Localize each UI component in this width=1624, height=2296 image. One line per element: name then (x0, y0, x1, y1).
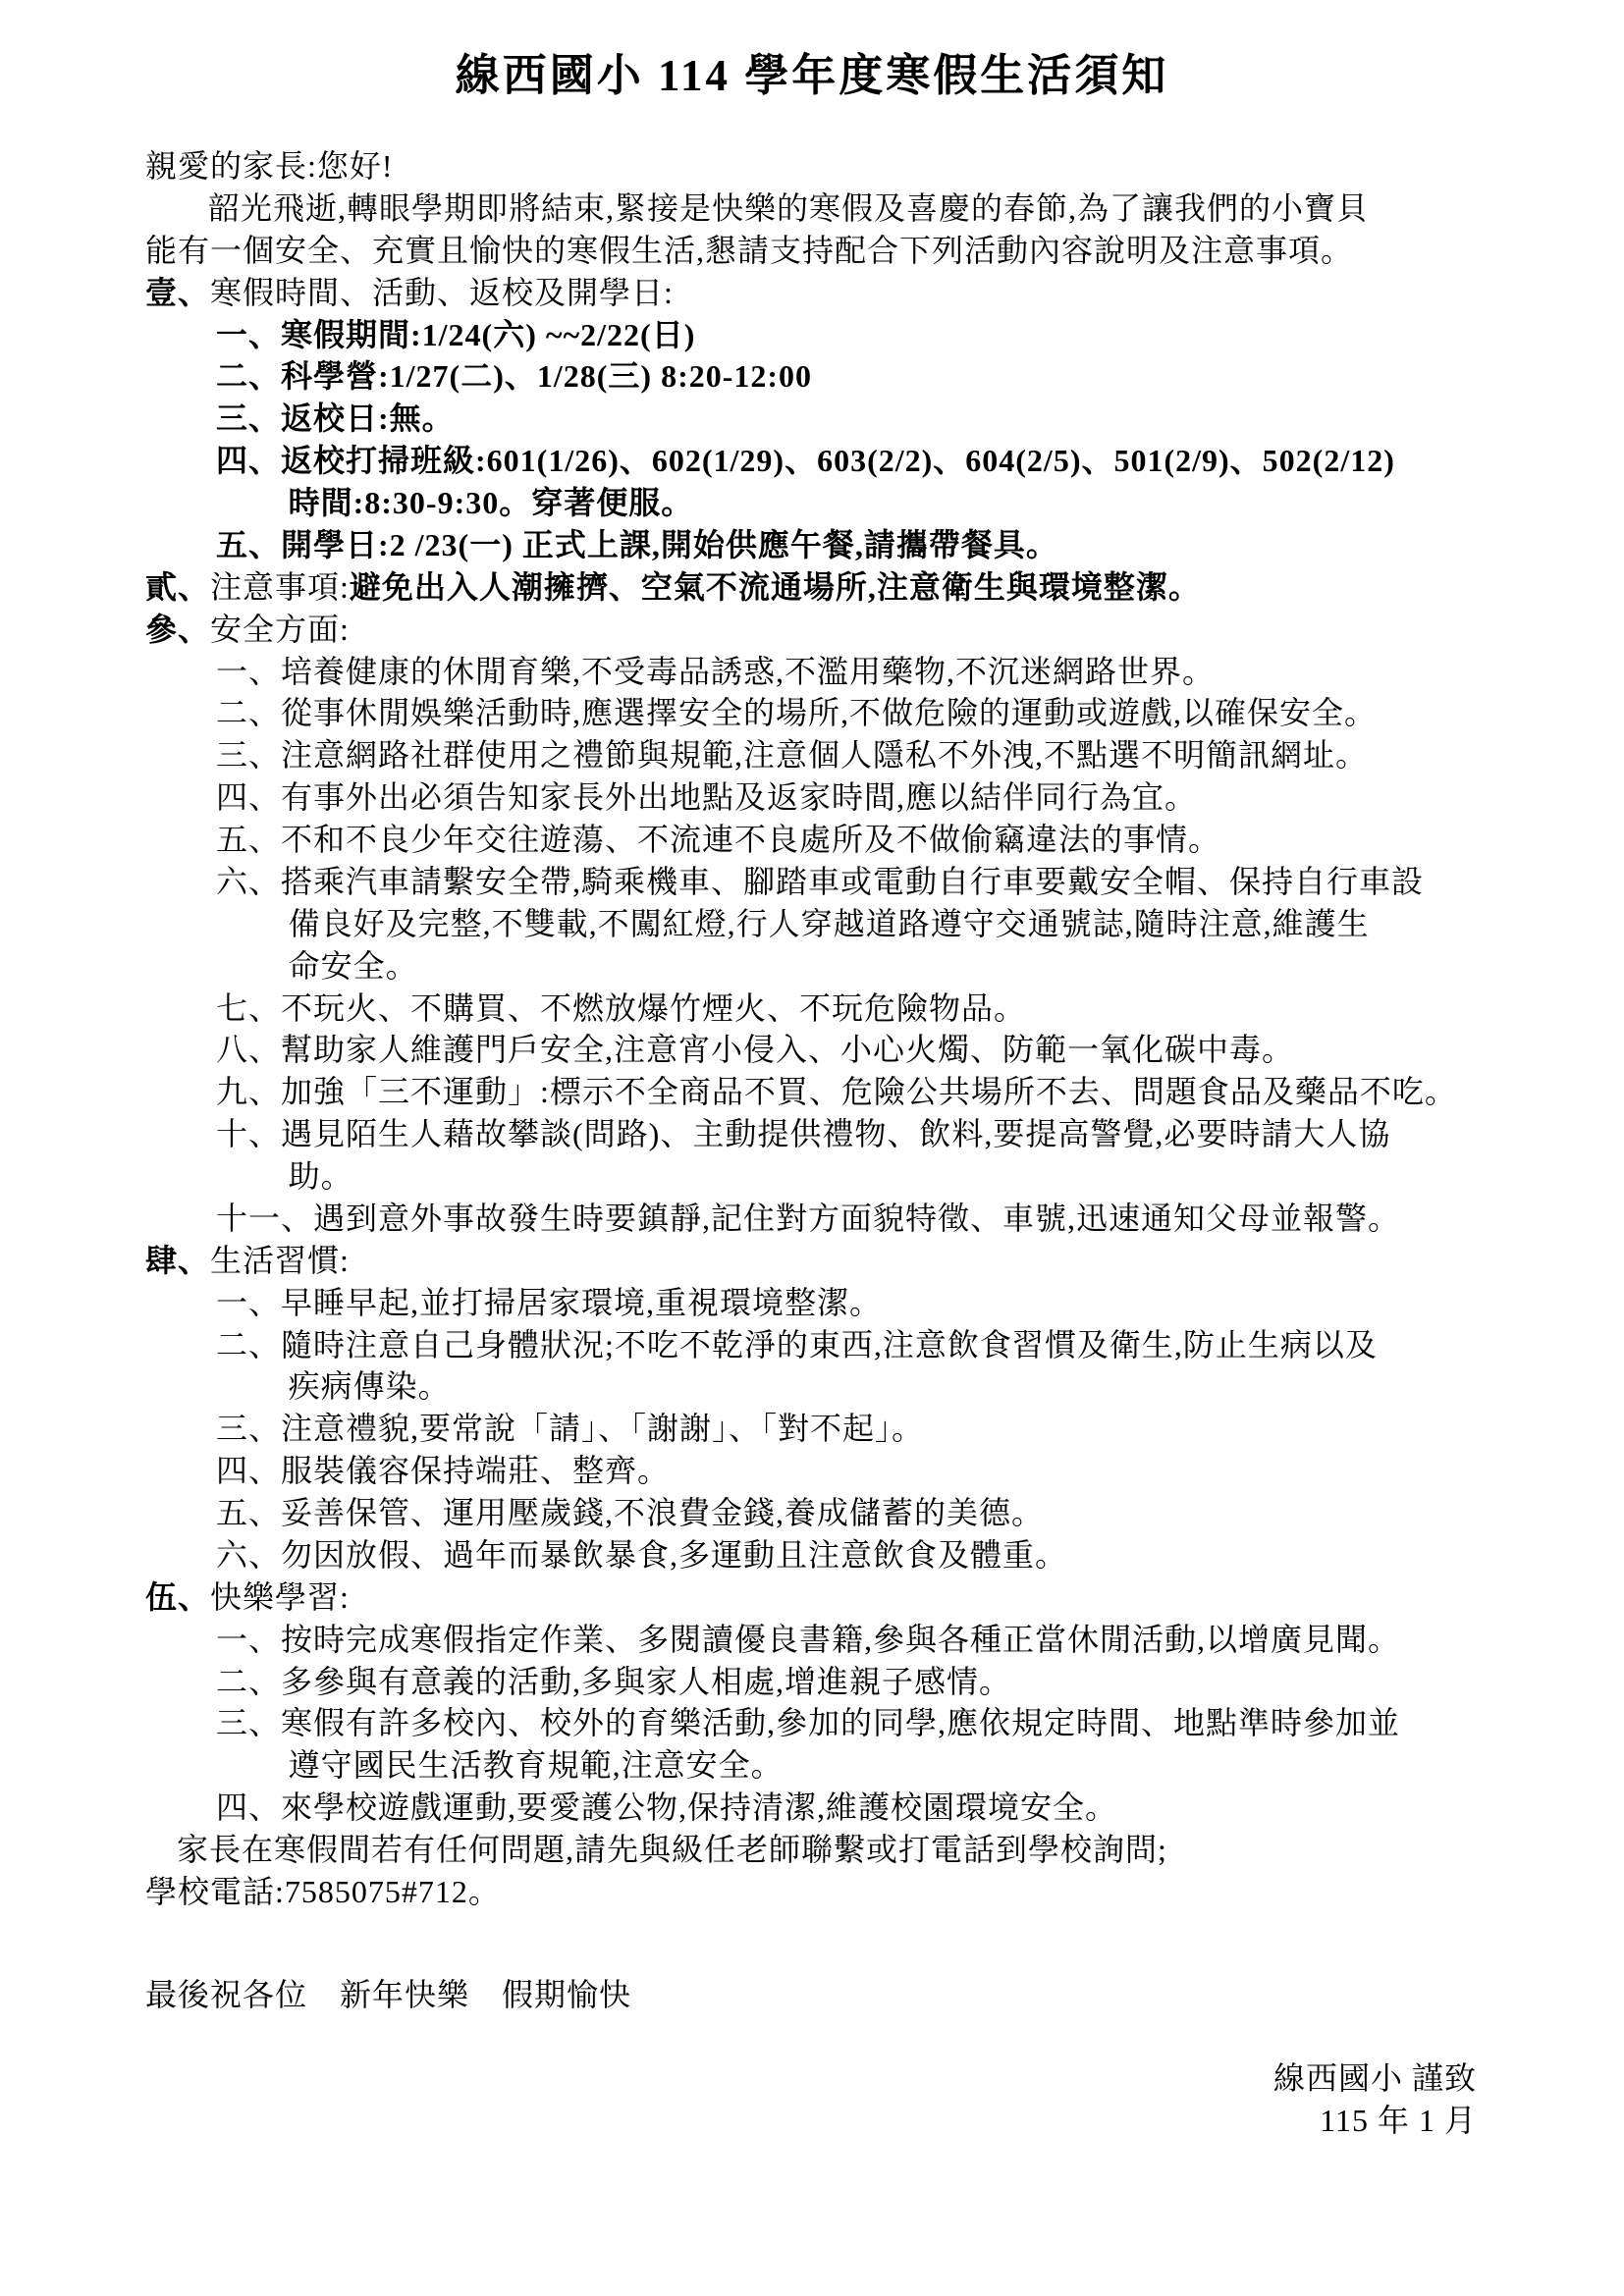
list-item: 十一、遇到意外事故發生時要鎮靜,記住對方面貌特徵、車號,迅速通知父母並報警。 (216, 1198, 1538, 1240)
farewell-line: 最後祝各位 新年快樂 假期愉快 (145, 1974, 1538, 2016)
list-item: 二、多參與有意義的活動,多與家人相處,增進親子感情。 (216, 1661, 1538, 1703)
list-item: 五、不和不良少年交往遊蕩、不流連不良處所及不做偷竊違法的事情。 (216, 819, 1538, 861)
signature-block: 線西國小 謹致 115 年 1 月 (145, 2057, 1538, 2142)
list-item: 一、寒假期間:1/24(六) ~~2/22(日) (216, 314, 1538, 356)
list-item: 四、返校打掃班級:601(1/26)、602(1/29)、603(2/2)、60… (216, 440, 1538, 524)
list-item: 十、遇見陌生人藉故攀談(問路)、主動提供禮物、飲料,要提高警覺,必要時請大人協 … (216, 1113, 1538, 1198)
section-safety: 參、安全方面: 一、培養健康的休閒育樂,不受毒品誘惑,不濫用藥物,不沉迷網路世界… (145, 609, 1538, 1240)
list-item: 四、服裝儀容保持端莊、整齊。 (216, 1450, 1538, 1492)
section-title: 生活習慣: (210, 1243, 350, 1278)
section-label: 伍、 (145, 1579, 210, 1615)
section-label: 肆、 (145, 1243, 210, 1278)
section-label: 參、 (145, 612, 210, 647)
section-title: 注意事項: (210, 569, 350, 605)
list-item: 二、隨時注意自己身體狀況;不吃不乾淨的東西,注意飲食習慣及衛生,防止生病以及 疾… (216, 1324, 1538, 1409)
list-item: 五、開學日:2 /23(一) 正式上課,開始供應午餐,請攜帶餐具。 (216, 524, 1538, 566)
list-item: 三、注意網路社群使用之禮節與規範,注意個人隱私不外洩,不點選不明簡訊網址。 (216, 734, 1538, 776)
notice-page: 線西國小 114 學年度寒假生活須知 親愛的家長:您好! 韶光飛逝,轉眼學期即將… (0, 0, 1624, 2296)
signature-date: 115 年 1 月 (145, 2100, 1477, 2142)
section-title: 安全方面: (210, 612, 350, 647)
section-heading: 肆、生活習慣: (145, 1240, 1538, 1282)
page-title: 線西國小 114 學年度寒假生活須知 (145, 49, 1479, 102)
list-item: 二、從事休閒娛樂活動時,應選擇安全的場所,不做危險的運動或遊戲,以確保安全。 (216, 692, 1538, 734)
intro-paragraph: 韶光飛逝,轉眼學期即將結束,緊接是快樂的寒假及喜慶的春節,為了讓我們的小寶貝 能… (145, 187, 1538, 272)
section-title: 寒假時間、活動、返校及開學日: (210, 275, 674, 310)
list-item: 六、搭乘汽車請繫安全帶,騎乘機車、腳踏車或電動自行車要戴安全帽、保持自行車設 備… (216, 861, 1538, 988)
contact-info: 家長在寒假間若有任何問題,請先與級任老師聯繫或打電話到學校詢問; 學校電話:75… (145, 1829, 1538, 1913)
list-item: 三、返校日:無。 (216, 398, 1538, 440)
list-item: 三、寒假有許多校內、校外的育樂活動,參加的同學,應依規定時間、地點準時參加並 遵… (216, 1702, 1538, 1787)
section-label: 貳、 (145, 569, 210, 605)
list-item: 七、不玩火、不購買、不燃放爆竹煙火、不玩危險物品。 (216, 988, 1538, 1030)
school-signature: 線西國小 謹致 (145, 2057, 1477, 2100)
list-item: 五、妥善保管、運用壓歲錢,不浪費金錢,養成儲蓄的美德。 (216, 1492, 1538, 1534)
section-happy-learning: 伍、快樂學習: 一、按時完成寒假指定作業、多閱讀優良書籍,參與各種正當休閒活動,… (145, 1576, 1538, 1829)
section-title-emphasis: 避免出入人潮擁擠、空氣不流通場所,注意衛生與環境整潔。 (350, 569, 1201, 605)
salutation: 親愛的家長:您好! (145, 145, 1538, 187)
section-items: 一、寒假期間:1/24(六) ~~2/22(日) 二、科學營:1/27(二)、1… (216, 314, 1538, 566)
section-winter-schedule: 壹、寒假時間、活動、返校及開學日: 一、寒假期間:1/24(六) ~~2/22(… (145, 272, 1538, 566)
section-precautions: 貳、注意事項:避免出入人潮擁擠、空氣不流通場所,注意衛生與環境整潔。 (145, 566, 1538, 609)
list-item: 九、加強「三不運動」:標示不全商品不買、危險公共場所不去、問題食品及藥品不吃。 (216, 1071, 1538, 1113)
section-items: 一、早睡早起,並打掃居家環境,重視環境整潔。 二、隨時注意自己身體狀況;不吃不乾… (216, 1282, 1538, 1576)
list-item: 三、注意禮貌,要常說「請」、「謝謝」、「對不起」。 (216, 1408, 1538, 1450)
section-items: 一、按時完成寒假指定作業、多閱讀優良書籍,參與各種正當休閒活動,以增廣見聞。 二… (216, 1619, 1538, 1829)
section-habits: 肆、生活習慣: 一、早睡早起,並打掃居家環境,重視環境整潔。 二、隨時注意自己身… (145, 1240, 1538, 1576)
list-item: 六、勿因放假、過年而暴飲暴食,多運動且注意飲食及體重。 (216, 1534, 1538, 1576)
section-heading: 伍、快樂學習: (145, 1576, 1538, 1619)
list-item: 一、早睡早起,並打掃居家環境,重視環境整潔。 (216, 1282, 1538, 1324)
list-item: 四、有事外出必須告知家長外出地點及返家時間,應以結伴同行為宜。 (216, 776, 1538, 819)
section-heading: 壹、寒假時間、活動、返校及開學日: (145, 272, 1538, 314)
section-heading: 參、安全方面: (145, 609, 1538, 651)
section-heading: 貳、注意事項:避免出入人潮擁擠、空氣不流通場所,注意衛生與環境整潔。 (145, 566, 1538, 609)
section-items: 一、培養健康的休閒育樂,不受毒品誘惑,不濫用藥物,不沉迷網路世界。 二、從事休閒… (216, 651, 1538, 1240)
section-title: 快樂學習: (210, 1579, 350, 1615)
section-label: 壹、 (145, 275, 210, 310)
list-item: 一、按時完成寒假指定作業、多閱讀優良書籍,參與各種正當休閒活動,以增廣見聞。 (216, 1619, 1538, 1661)
list-item: 二、科學營:1/27(二)、1/28(三) 8:20-12:00 (216, 355, 1538, 398)
list-item: 四、來學校遊戲運動,要愛護公物,保持清潔,維護校園環境安全。 (216, 1787, 1538, 1829)
list-item: 一、培養健康的休閒育樂,不受毒品誘惑,不濫用藥物,不沉迷網路世界。 (216, 651, 1538, 693)
list-item: 八、幫助家人維護門戶安全,注意宵小侵入、小心火燭、防範一氧化碳中毒。 (216, 1029, 1538, 1071)
